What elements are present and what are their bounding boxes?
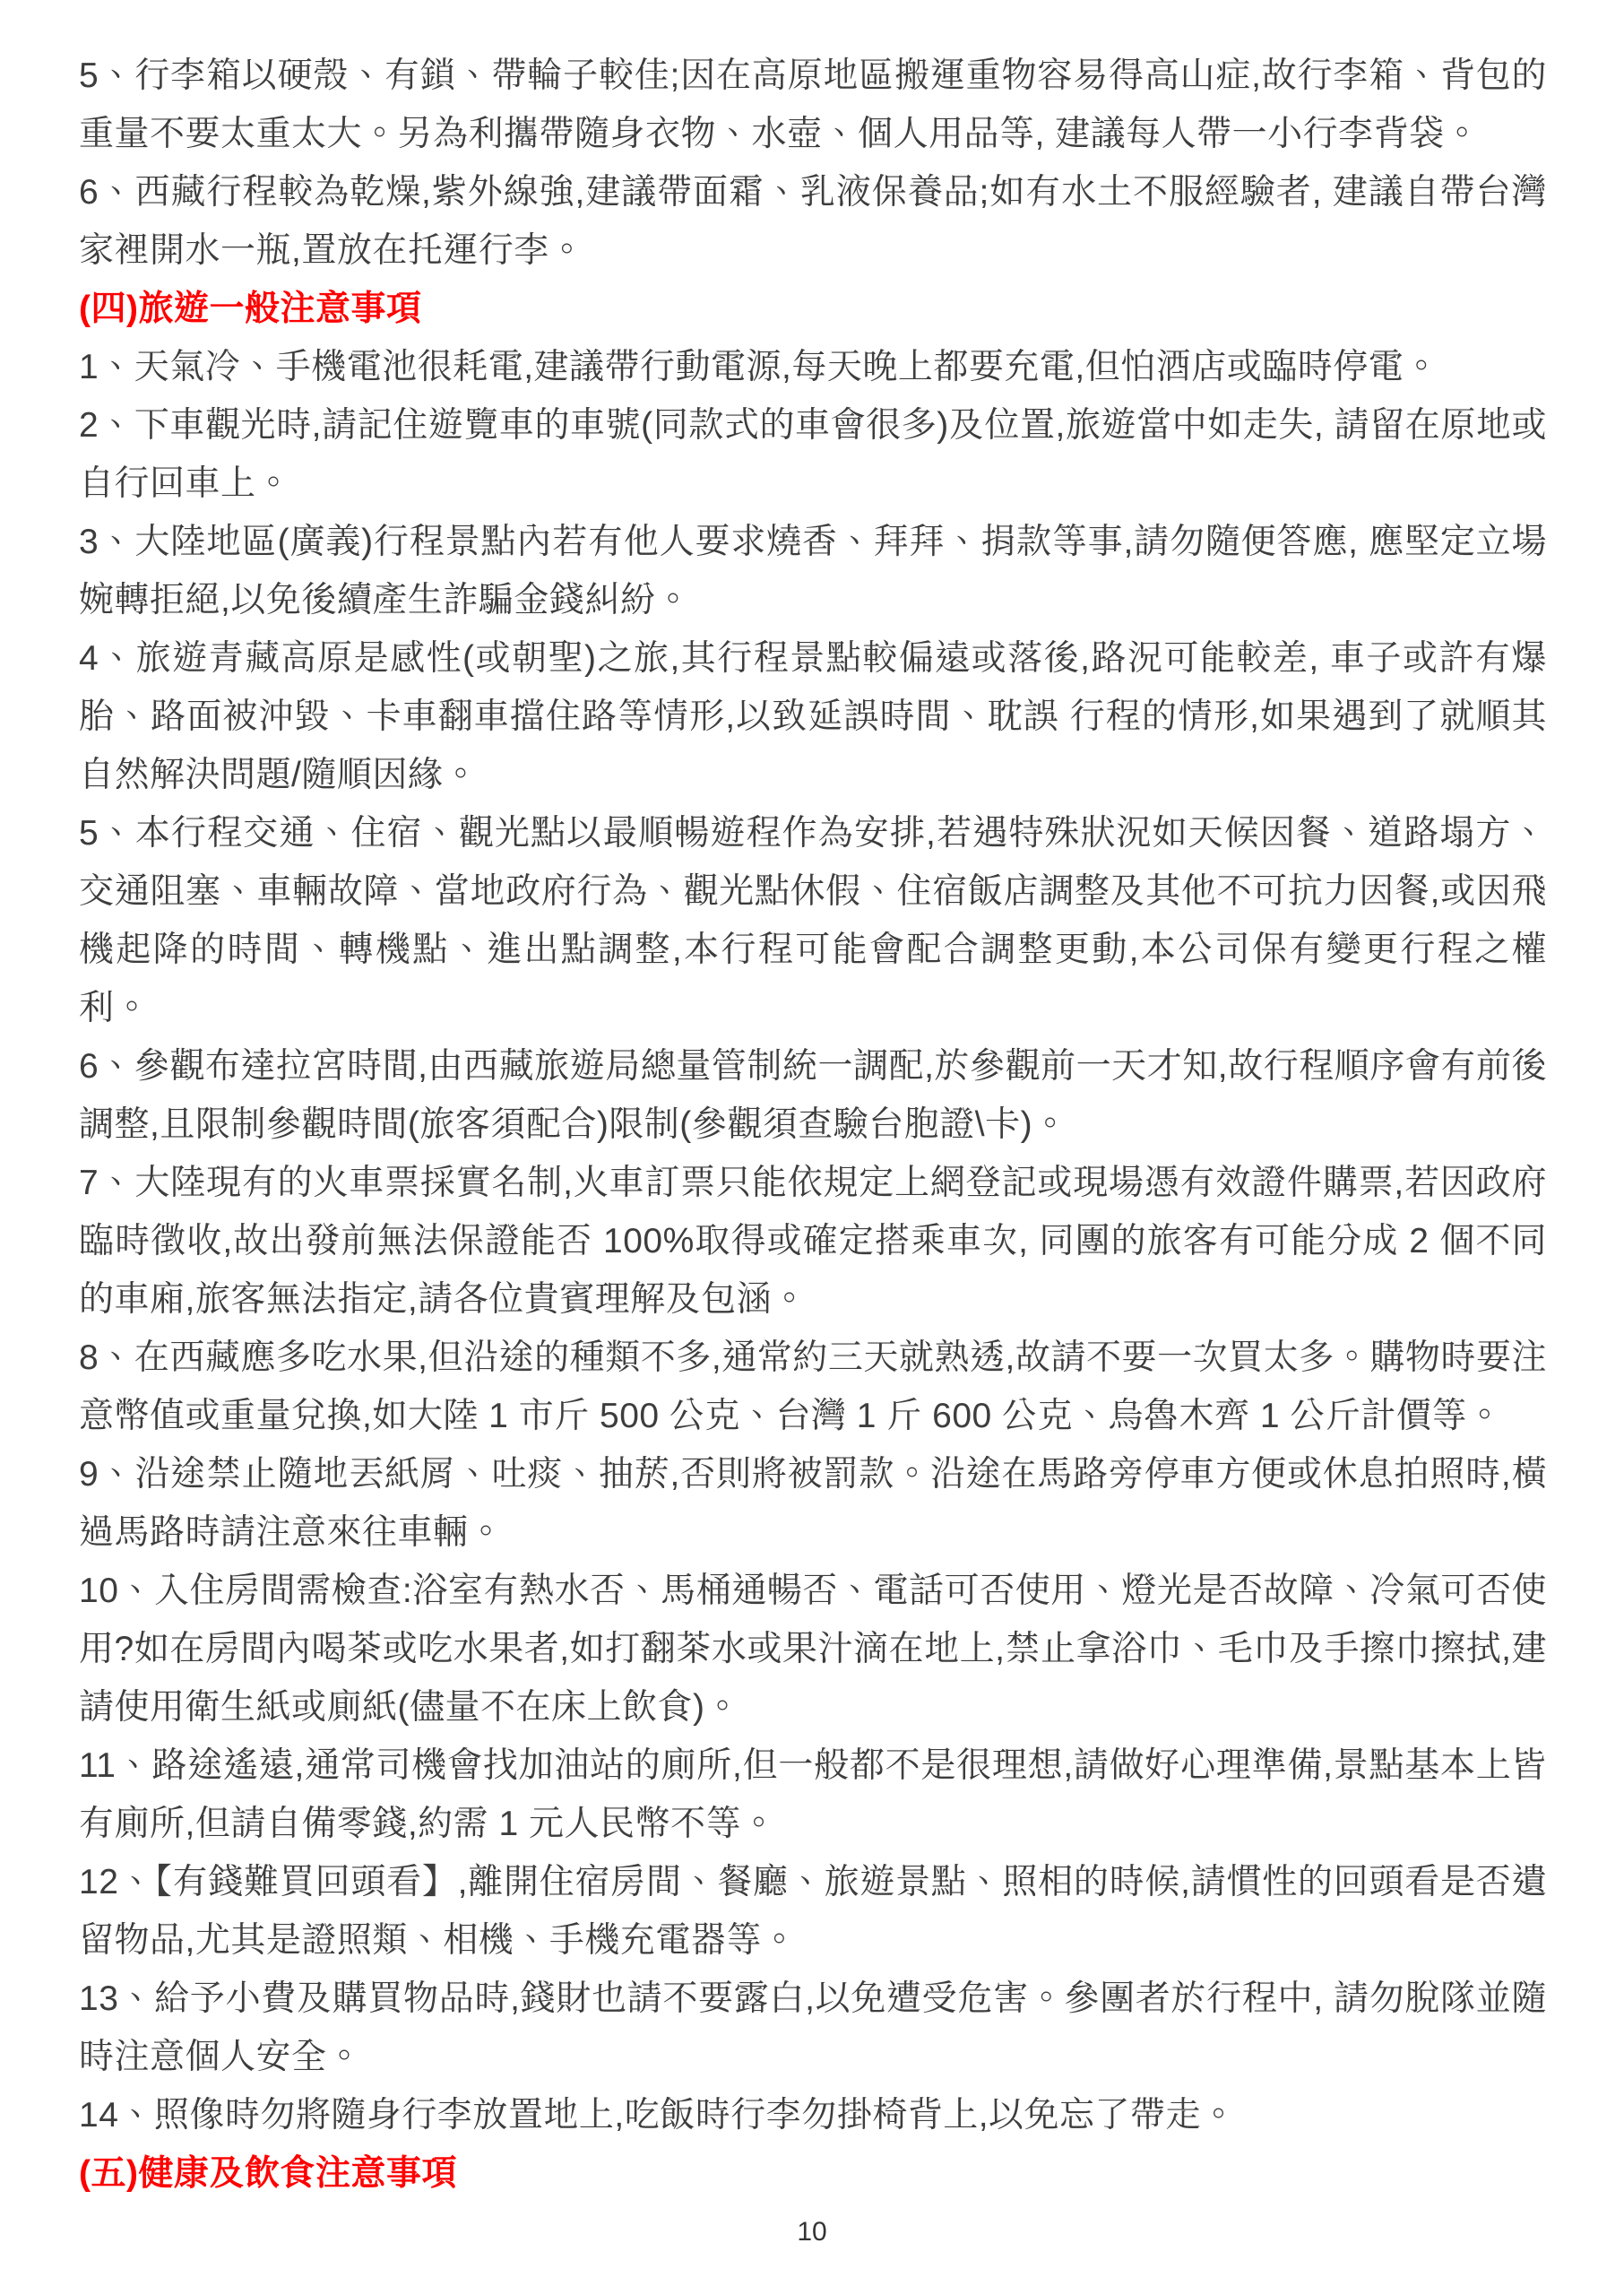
list-item-road-conditions: 4、旅遊青藏高原是感性(或朝聖)之旅,其行程景點較偏遠或落後,路況可能較差, 車…	[79, 629, 1547, 804]
list-item-restrooms: 11、路途遙遠,通常司機會找加油站的廁所,但一般都不是很理想,請做好心理準備,景…	[79, 1736, 1547, 1853]
list-item-look-back: 12、【有錢難買回頭看】,離開住宿房間、餐廳、旅遊景點、照相的時候,請慣性的回頭…	[79, 1853, 1547, 1970]
list-item-itinerary-changes: 5、本行程交通、住宿、觀光點以最順暢遊程作為安排,若遇特殊狀況如天候因餐、道路塌…	[79, 804, 1547, 1037]
section-heading-general-notes: (四)旅遊一般注意事項	[79, 280, 1547, 338]
page-number: 10	[0, 2216, 1624, 2248]
list-item-donation-scam: 3、大陸地區(廣義)行程景點內若有他人要求燒香、拜拜、捐款等事,請勿隨便答應, …	[79, 513, 1547, 629]
list-item-luggage: 5、行李箱以硬殼、有鎖、帶輪子較佳;因在高原地區搬運重物容易得高山症,故行李箱、…	[79, 47, 1547, 163]
list-item-money-safety: 13、給予小費及購買物品時,錢財也請不要露白,以免遭受危害。參團者於行程中, 請…	[79, 1970, 1547, 2086]
list-item-potala-palace: 6、參觀布達拉宮時間,由西藏旅遊局總量管制統一調配,於參觀前一天才知,故行程順序…	[79, 1037, 1547, 1154]
list-item-bus-number: 2、下車觀光時,請記住遊覽車的車號(同款式的車會很多)及位置,旅遊當中如走失, …	[79, 396, 1547, 513]
list-item-power: 1、天氣冷、手機電池很耗電,建議帶行動電源,每天晚上都要充電,但怕酒店或臨時停電…	[79, 338, 1547, 396]
document-page: 5、行李箱以硬殼、有鎖、帶輪子較佳;因在高原地區搬運重物容易得高山症,故行李箱、…	[0, 0, 1624, 2295]
list-item-photo-luggage: 14、照像時勿將隨身行李放置地上,吃飯時行李勿掛椅背上,以免忘了帶走。	[79, 2086, 1547, 2144]
list-item-room-check: 10、入住房間需檢查:浴室有熱水否、馬桶通暢否、電話可否使用、燈光是否故障、冷氣…	[79, 1562, 1547, 1736]
list-item-littering: 9、沿途禁止隨地丟紙屑、吐痰、抽菸,否則將被罰款。沿途在馬路旁停車方便或休息拍照…	[79, 1445, 1547, 1562]
section-heading-health-diet: (五)健康及飲食注意事項	[79, 2144, 1547, 2203]
list-item-fruit: 8、在西藏應多吃水果,但沿途的種類不多,通常約三天就熟透,故請不要一次買太多。購…	[79, 1329, 1547, 1445]
list-item-train-tickets: 7、大陸現有的火車票採實名制,火車訂票只能依規定上網登記或現場憑有效證件購票,若…	[79, 1154, 1547, 1329]
list-item-dryness: 6、西藏行程較為乾燥,紫外線強,建議帶面霜、乳液保養品;如有水土不服經驗者, 建…	[79, 163, 1547, 280]
document-body: 5、行李箱以硬殼、有鎖、帶輪子較佳;因在高原地區搬運重物容易得高山症,故行李箱、…	[79, 47, 1547, 2203]
